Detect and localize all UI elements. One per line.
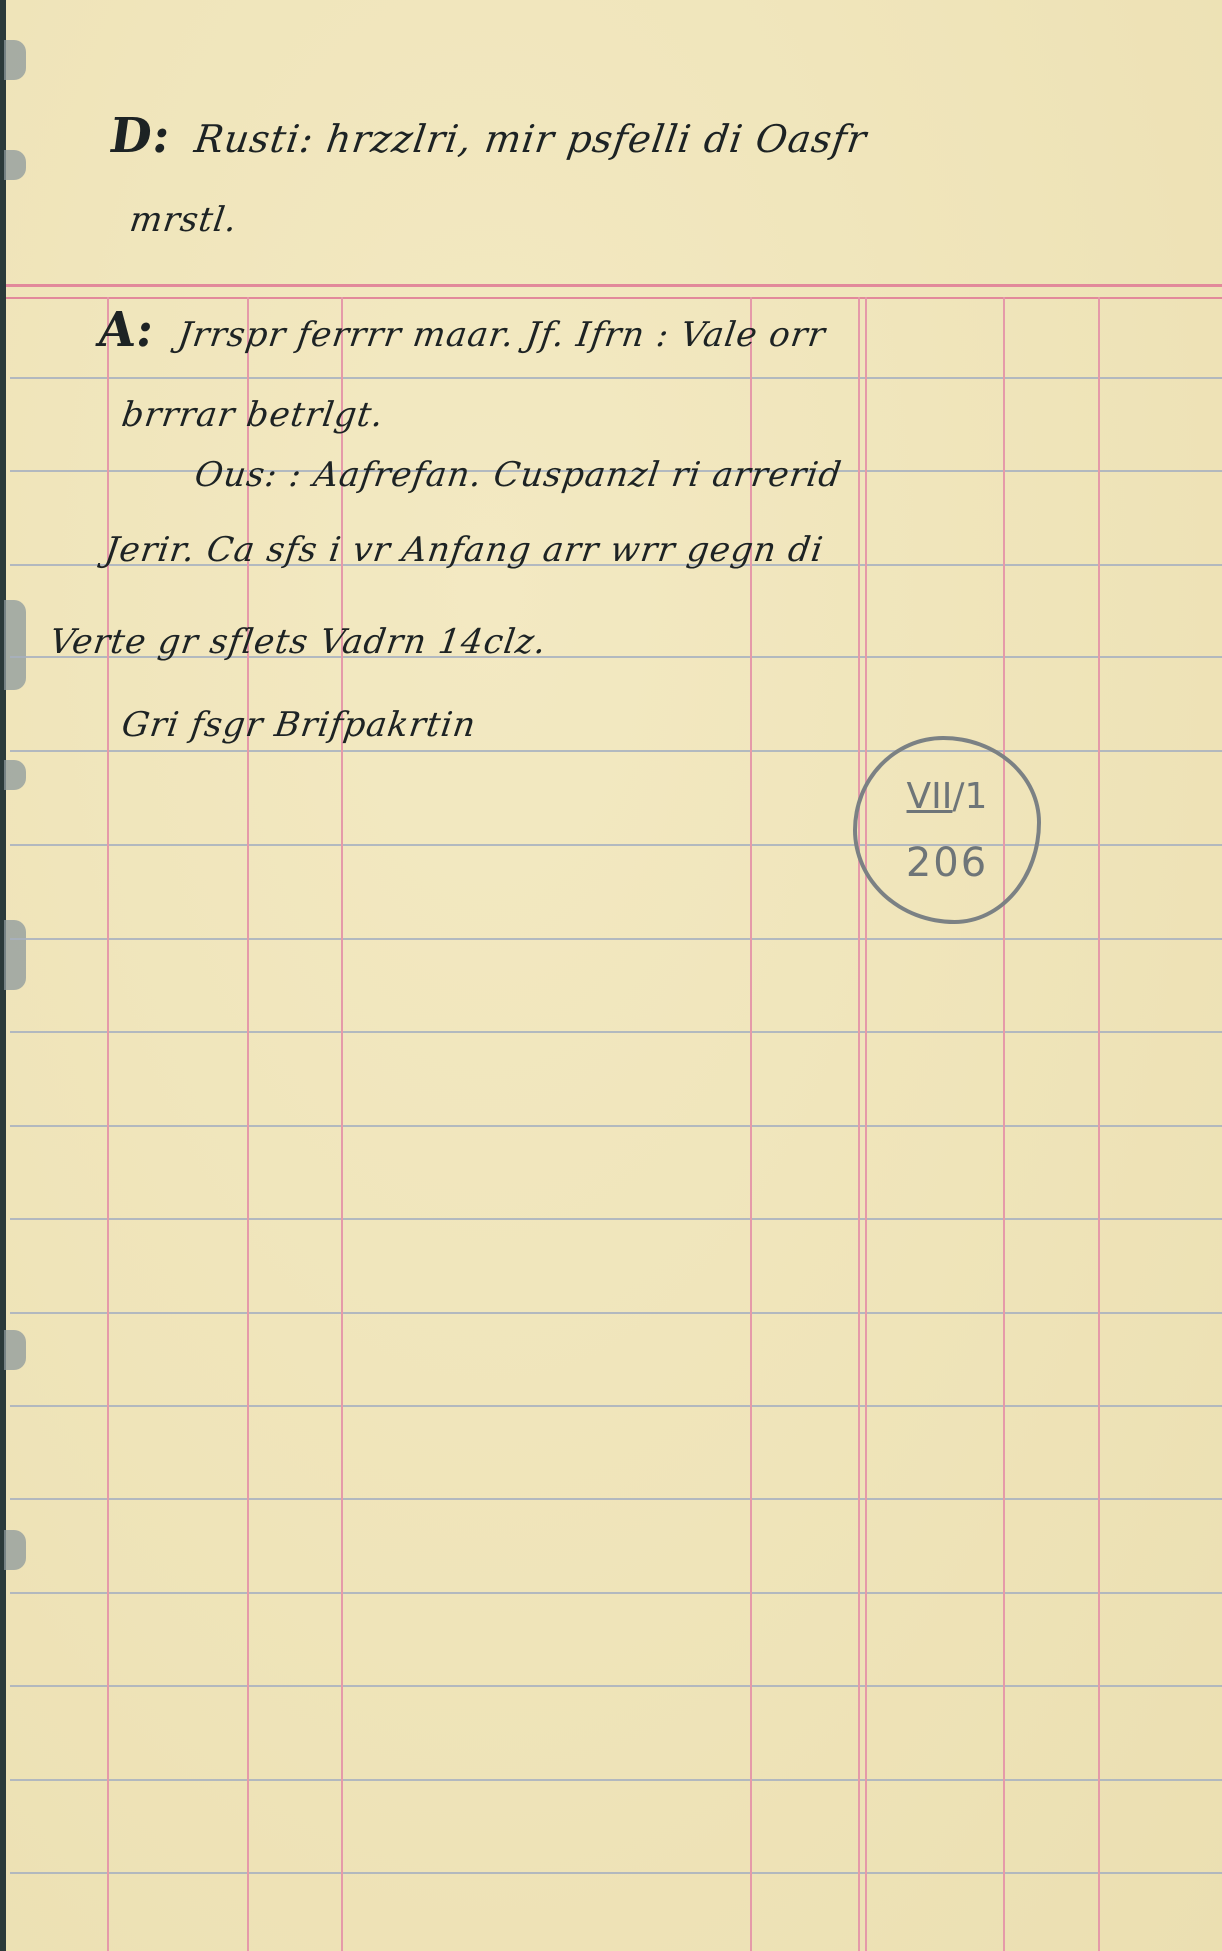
body-entry-line-2: brrrar betrlgt. [119,395,386,435]
torn-edge-mark [4,600,26,690]
blue-rule [10,1218,1222,1220]
torn-edge-mark [4,920,26,990]
handwritten-text: Gri fsgr Brifpakrtin [119,705,479,745]
blue-rule [10,1685,1222,1687]
stamp-part: /1 [952,776,987,817]
torn-edge-mark [4,150,26,180]
blue-rule [10,1779,1222,1781]
header-entry-line-1: D:Rusti: hrzzlri, mir psfelli di Oasfr [106,108,871,164]
stamp-volume-roman: VII [907,776,953,817]
torn-edge-mark [4,760,26,790]
blue-rule [10,377,1222,379]
handwritten-text: Jrrspr ferrrr maar. Jf. Ifrn : Vale orr [175,315,828,355]
blue-rule [10,1312,1222,1314]
body-entry-line-3: Ous: : Aafrefan. Cuspanzl ri arrerid [192,455,844,495]
blue-rule [10,1872,1222,1874]
handwritten-text: Rusti: hrzzlri, mir psfelli di Oasfr [192,117,870,161]
ledger-page: D:Rusti: hrzzlri, mir psfelli di Oasfr m… [0,0,1222,1951]
torn-edge-mark [4,1530,26,1570]
archive-stamp: VII/1 206 [853,736,1041,924]
blue-rule [10,1031,1222,1033]
handwritten-text: Jerir. Ca sfs i vr Anfang arr wrr gegn d… [102,530,826,570]
blue-rule [10,750,1222,752]
stamp-volume: VII/1 [857,776,1037,817]
blue-rule [10,844,1222,846]
handwritten-text: Verte gr sflets Vadrn 14clz. [47,622,549,662]
handwritten-text: mrstl. [127,200,240,240]
handwritten-text: Ous: : Aafrefan. Cuspanzl ri arrerid [192,455,844,495]
column-rule [1003,297,1005,1951]
red-rule-second [6,297,1222,299]
column-rule [865,297,867,1951]
column-rule [858,297,860,1951]
stamp-number: 206 [857,840,1037,886]
blue-rule [10,1405,1222,1407]
column-rule [1098,297,1100,1951]
body-entry-line-6: Gri fsgr Brifpakrtin [119,705,479,745]
red-rule-top [6,284,1222,287]
handwritten-text: brrrar betrlgt. [119,395,386,435]
blue-rule [10,1592,1222,1594]
header-entry-line-2: mrstl. [127,200,240,240]
body-entry-line-1: A:Jrrspr ferrrr maar. Jf. Ifrn : Vale or… [94,302,830,358]
torn-edge-mark [4,40,26,80]
blue-rule [10,938,1222,940]
blue-rule [10,1498,1222,1500]
body-entry-line-5: Verte gr sflets Vadrn 14clz. [47,622,549,662]
entry-label-a: A: [94,302,159,358]
blue-rule [10,1125,1222,1127]
body-entry-line-4: Jerir. Ca sfs i vr Anfang arr wrr gegn d… [102,530,826,570]
torn-edge-mark [4,1330,26,1370]
entry-label-d: D: [106,108,175,164]
